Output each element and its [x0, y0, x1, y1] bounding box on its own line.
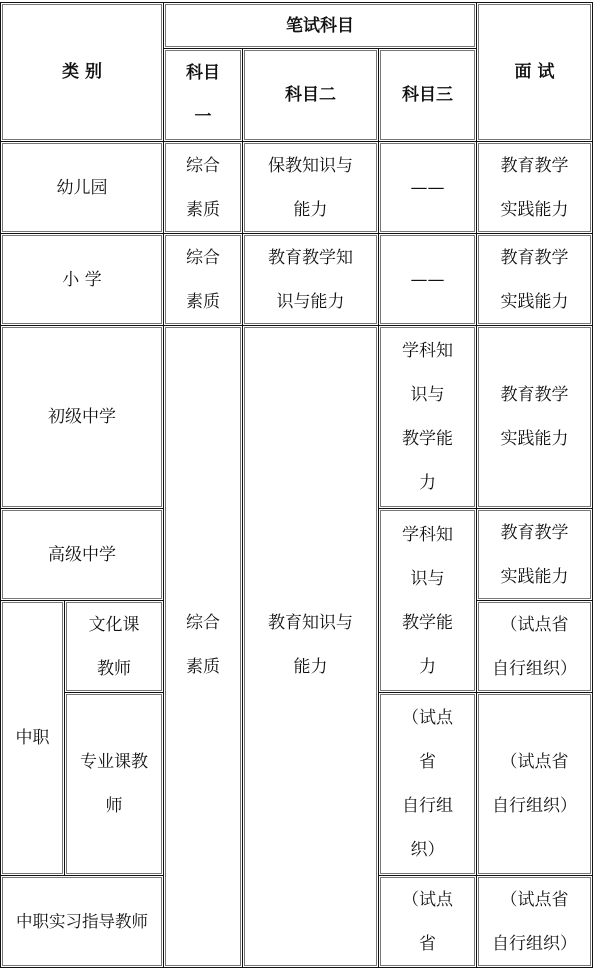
header-category: 类 别 [0, 2, 164, 142]
culture-teacher-interview-label: （试点省 自行组织） [492, 603, 577, 691]
row-vocational-practice-category: 中职实习指导教师 [0, 875, 164, 968]
row-vocational-specialty-subject3: （试点 省 自行组 织） [378, 692, 477, 876]
primary-subject2-label: 教育教学知 识与能力 [268, 236, 353, 324]
practice-teacher-interview-label: （试点省 自行组织） [492, 878, 577, 966]
specialty-teacher-interview-label: （试点省 自行组织） [492, 740, 577, 828]
header-written-group-label: 笔试科目 [286, 4, 354, 48]
primary-subject1-label: 综合 素质 [186, 236, 220, 324]
vocational-group-label: 中职 [16, 716, 50, 760]
kindergarten-subject3-dash: —— [411, 166, 445, 210]
header-category-label: 类 别 [62, 50, 102, 94]
row-junior-middle-interview: 教育教学 实践能力 [476, 325, 593, 509]
specialty-teacher-label: 专业课教 师 [80, 740, 148, 828]
row-vocational-practice-subject3: （试点 省 [378, 875, 477, 968]
row-kindergarten-subject3: —— [378, 141, 477, 234]
header-subject1-label: 科目 一 [186, 51, 220, 139]
row-primary-interview: 教育教学 实践能力 [476, 233, 593, 326]
row-primary-subject3: —— [378, 233, 477, 326]
shared-subject2-label: 教育知识与 能力 [268, 601, 353, 689]
kindergarten-subject2-label: 保教知识与 能力 [268, 144, 353, 232]
row-vocational-culture-category: 文化课 教师 [64, 600, 164, 693]
row-vocational-practice-interview: （试点省 自行组织） [476, 875, 593, 968]
junior-middle-interview-label: 教育教学 实践能力 [501, 373, 569, 461]
shared-subject1: 综合 素质 [163, 325, 243, 968]
row-kindergarten-interview: 教育教学 实践能力 [476, 141, 593, 234]
kindergarten-subject1-label: 综合 素质 [186, 144, 220, 232]
shared-subject3-high-culture: 学科知 识与 教学能 力 [378, 508, 477, 693]
shared-subject2: 教育知识与 能力 [242, 325, 379, 968]
row-primary-subject1: 综合 素质 [163, 233, 243, 326]
practice-teacher-subject3-label: （试点 省 [402, 878, 453, 966]
row-vocational-specialty-category: 专业课教 师 [64, 692, 164, 876]
row-vocational-specialty-interview: （试点省 自行组织） [476, 692, 593, 876]
kindergarten-interview-label: 教育教学 实践能力 [501, 144, 569, 232]
exam-subjects-table: 类 别 笔试科目 科目 一 科目二 科目三 面 试 幼儿园 综合 素质 保教知识… [0, 0, 600, 969]
header-interview-label: 面 试 [515, 50, 555, 94]
row-kindergarten-subject1: 综合 素质 [163, 141, 243, 234]
row-junior-middle-subject3: 学科知 识与 教学能 力 [378, 325, 477, 509]
row-primary-subject2: 教育教学知 识与能力 [242, 233, 379, 326]
primary-interview-label: 教育教学 实践能力 [501, 236, 569, 324]
junior-middle-subject3-label: 学科知 识与 教学能 力 [402, 329, 453, 505]
senior-high-category-label: 高级中学 [48, 533, 116, 577]
shared-subject1-label: 综合 素质 [186, 601, 220, 689]
row-vocational-culture-interview: （试点省 自行组织） [476, 600, 593, 693]
shared-subject3-label: 学科知 识与 教学能 力 [402, 513, 453, 689]
header-subject3-label: 科目三 [402, 73, 453, 117]
practice-teacher-label: 中职实习指导教师 [16, 900, 148, 944]
row-vocational-group: 中职 [0, 600, 65, 876]
row-kindergarten-subject2: 保教知识与 能力 [242, 141, 379, 234]
primary-subject3-dash: —— [411, 258, 445, 302]
row-primary-category: 小 学 [0, 233, 164, 326]
header-written-group: 笔试科目 [163, 2, 477, 49]
header-interview: 面 试 [476, 2, 593, 142]
row-junior-middle-category: 初级中学 [0, 325, 164, 509]
culture-teacher-label: 文化课 教师 [89, 603, 140, 691]
senior-high-interview-label: 教育教学 实践能力 [501, 511, 569, 599]
kindergarten-category-label: 幼儿园 [57, 166, 108, 210]
header-subject2: 科目二 [242, 48, 379, 142]
specialty-teacher-subject3-label: （试点 省 自行组 织） [402, 696, 453, 872]
primary-category-label: 小 学 [62, 258, 101, 302]
row-senior-high-interview: 教育教学 实践能力 [476, 508, 593, 601]
junior-middle-category-label: 初级中学 [48, 395, 116, 439]
header-subject1: 科目 一 [163, 48, 243, 142]
header-subject2-label: 科目二 [285, 73, 336, 117]
header-subject3: 科目三 [378, 48, 477, 142]
row-senior-high-category: 高级中学 [0, 508, 164, 601]
row-kindergarten-category: 幼儿园 [0, 141, 164, 234]
